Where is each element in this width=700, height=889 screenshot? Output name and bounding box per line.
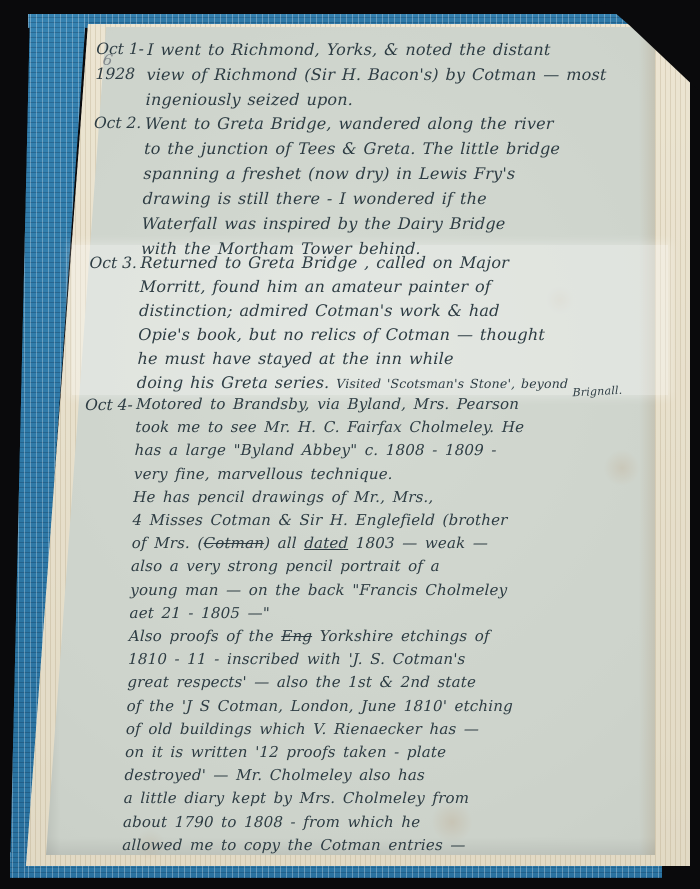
manuscript-line: Motored to Brandsby, via Byland, Mrs. Pe… <box>136 393 641 416</box>
manuscript-line: spanning a freshet (now dry) in Lewis Fr… <box>143 161 648 186</box>
diary-entry: Oct 2.Went to Greta Bridge, wandered alo… <box>33 111 650 261</box>
diary-entry: Oct 3.Returned to Greta Bridge , called … <box>28 251 645 397</box>
book-photo: 6 Oct 1-1928I went to Richmond, Yorks, &… <box>0 0 700 889</box>
entry-date-label: Oct 2. <box>94 111 146 136</box>
manuscript-line: Morritt, found him an amateur painter of <box>139 275 644 299</box>
manuscript-line: also a very strong pencil portrait of a <box>131 555 636 578</box>
manuscript-line: about 1790 to 1808 - from which he <box>123 811 628 834</box>
manuscript-line: Returned to Greta Bridge , called on Maj… <box>140 251 645 275</box>
manuscript-line: great respects' — also the 1st & 2nd sta… <box>127 671 632 694</box>
entry-text: Went to Greta Bridge, wandered along the… <box>141 111 650 261</box>
manuscript-line: took me to see Mr. H. C. Fairfax Cholmel… <box>135 416 640 439</box>
entry-date: Oct 1-1928 <box>95 37 148 87</box>
manuscript-line: He has pencil drawings of Mr., Mrs., <box>133 486 638 509</box>
manuscript-line: I went to Richmond, Yorks, & noted the d… <box>147 37 652 62</box>
entry-year: 1928 <box>95 62 147 87</box>
handwriting-layer: 6 Oct 1-1928I went to Richmond, Yorks, &… <box>14 27 652 855</box>
diary-entry: Oct 4-Motored to Brandsby, via Byland, M… <box>14 393 641 857</box>
manuscript-line: of old buildings which V. Rienaecker has… <box>126 718 631 741</box>
manuscript-line: young man — on the back "Francis Cholmel… <box>130 579 635 602</box>
manuscript-line: Opie's book, but no relics of Cotman — t… <box>138 323 643 347</box>
entry-date-label: Oct 1- <box>96 37 148 62</box>
manuscript-line: of the 'J S Cotman, London, June 1810' e… <box>126 695 631 718</box>
manuscript-line: 4 Misses Cotman & Sir H. Englefield (bro… <box>132 509 637 532</box>
manuscript-line: he must have stayed at the inn while <box>137 347 642 371</box>
manuscript-line: Went to Greta Bridge, wandered along the… <box>145 111 650 136</box>
manuscript-line: allowed me to copy the Cotman entries — <box>122 834 627 857</box>
entry-date: Oct 2. <box>94 111 146 136</box>
entry-date-label: Oct 4- <box>85 393 137 418</box>
entry-text: Motored to Brandsby, via Byland, Mrs. Pe… <box>122 393 641 857</box>
manuscript-line: destroyed' — Mr. Cholmeley also has <box>124 764 629 787</box>
manuscript-line: Waterfall was inspired by the Dairy Brid… <box>141 211 646 236</box>
entry-date-label: Oct 3. <box>89 251 141 276</box>
diary-entry: Oct 1-1928I went to Richmond, Yorks, & n… <box>37 37 651 112</box>
entry-date: Oct 3. <box>89 251 141 276</box>
manuscript-line: view of Richmond (Sir H. Bacon's) by Cot… <box>146 62 651 87</box>
manuscript-line: to the junction of Tees & Greta. The lit… <box>144 136 649 161</box>
manuscript-line: Also proofs of the Eng Yorkshire etching… <box>128 625 633 648</box>
manuscript-line: ingeniously seized upon. <box>145 87 650 112</box>
manuscript-line: has a large "Byland Abbey" c. 1808 - 180… <box>134 439 639 462</box>
manuscript-line: of Mrs. (Cotman) all dated 1803 — weak — <box>131 532 636 555</box>
entry-text: I went to Richmond, Yorks, & noted the d… <box>145 37 651 112</box>
manuscript-line: a little diary kept by Mrs. Cholmeley fr… <box>123 787 628 810</box>
manuscript-line: on it is written '12 proofs taken - plat… <box>125 741 630 764</box>
entry-date: Oct 4- <box>85 393 137 418</box>
entry-text: Returned to Greta Bridge , called on Maj… <box>136 251 645 397</box>
manuscript-line: drawing is still there - I wondered if t… <box>142 186 647 211</box>
manuscript-line: 1810 - 11 - inscribed with 'J. S. Cotman… <box>128 648 633 671</box>
manuscript-line: aet 21 - 1805 —" <box>129 602 634 625</box>
page-content: 6 Oct 1-1928I went to Richmond, Yorks, &… <box>40 27 652 855</box>
photo-backdrop: { "photo": { "folio_number": "6", "color… <box>0 0 700 889</box>
manuscript-line: very fine, marvellous technique. <box>134 463 639 486</box>
manuscript-line: distinction; admired Cotman's work & had <box>139 299 644 323</box>
